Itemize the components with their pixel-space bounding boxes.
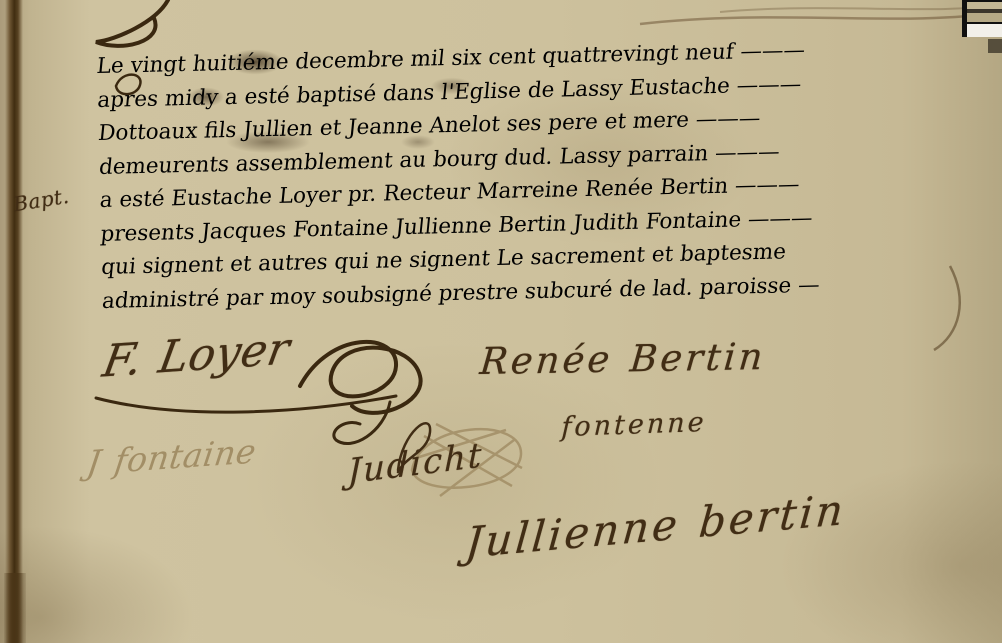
viewer-corner-thumbnail[interactable] <box>962 0 1002 37</box>
signature-j-fontaine-faded: J fontaine <box>84 431 258 482</box>
loyer-underline <box>96 396 396 412</box>
signature-loyer: F. Loyer <box>99 323 294 388</box>
loyer-paraph <box>300 342 421 413</box>
thumbnail-image <box>967 2 1002 22</box>
signature-fontenne: fontenne <box>561 407 707 443</box>
signature-jullienne-bertin: Jullienne bertin <box>464 485 848 568</box>
record-text: Le vingt huitiéme decembre mil six cent … <box>96 38 820 322</box>
manuscript-page: Bapt. Le vingt huitiéme decembre mil six… <box>0 0 1002 643</box>
thumbnail-margin <box>967 24 1002 37</box>
stroke-right-curl <box>934 266 960 350</box>
signature-judicht: Judicht <box>347 435 483 492</box>
stroke-top-right-1 <box>640 12 1002 24</box>
loyer-paraph-tail <box>334 402 390 444</box>
signature-renee-bertin: Renée Bertin <box>478 335 767 383</box>
corner-chip <box>988 39 1002 53</box>
binding-edge <box>5 0 23 643</box>
stroke-top-right-2 <box>720 4 1002 12</box>
flourish-top-left <box>96 0 168 46</box>
